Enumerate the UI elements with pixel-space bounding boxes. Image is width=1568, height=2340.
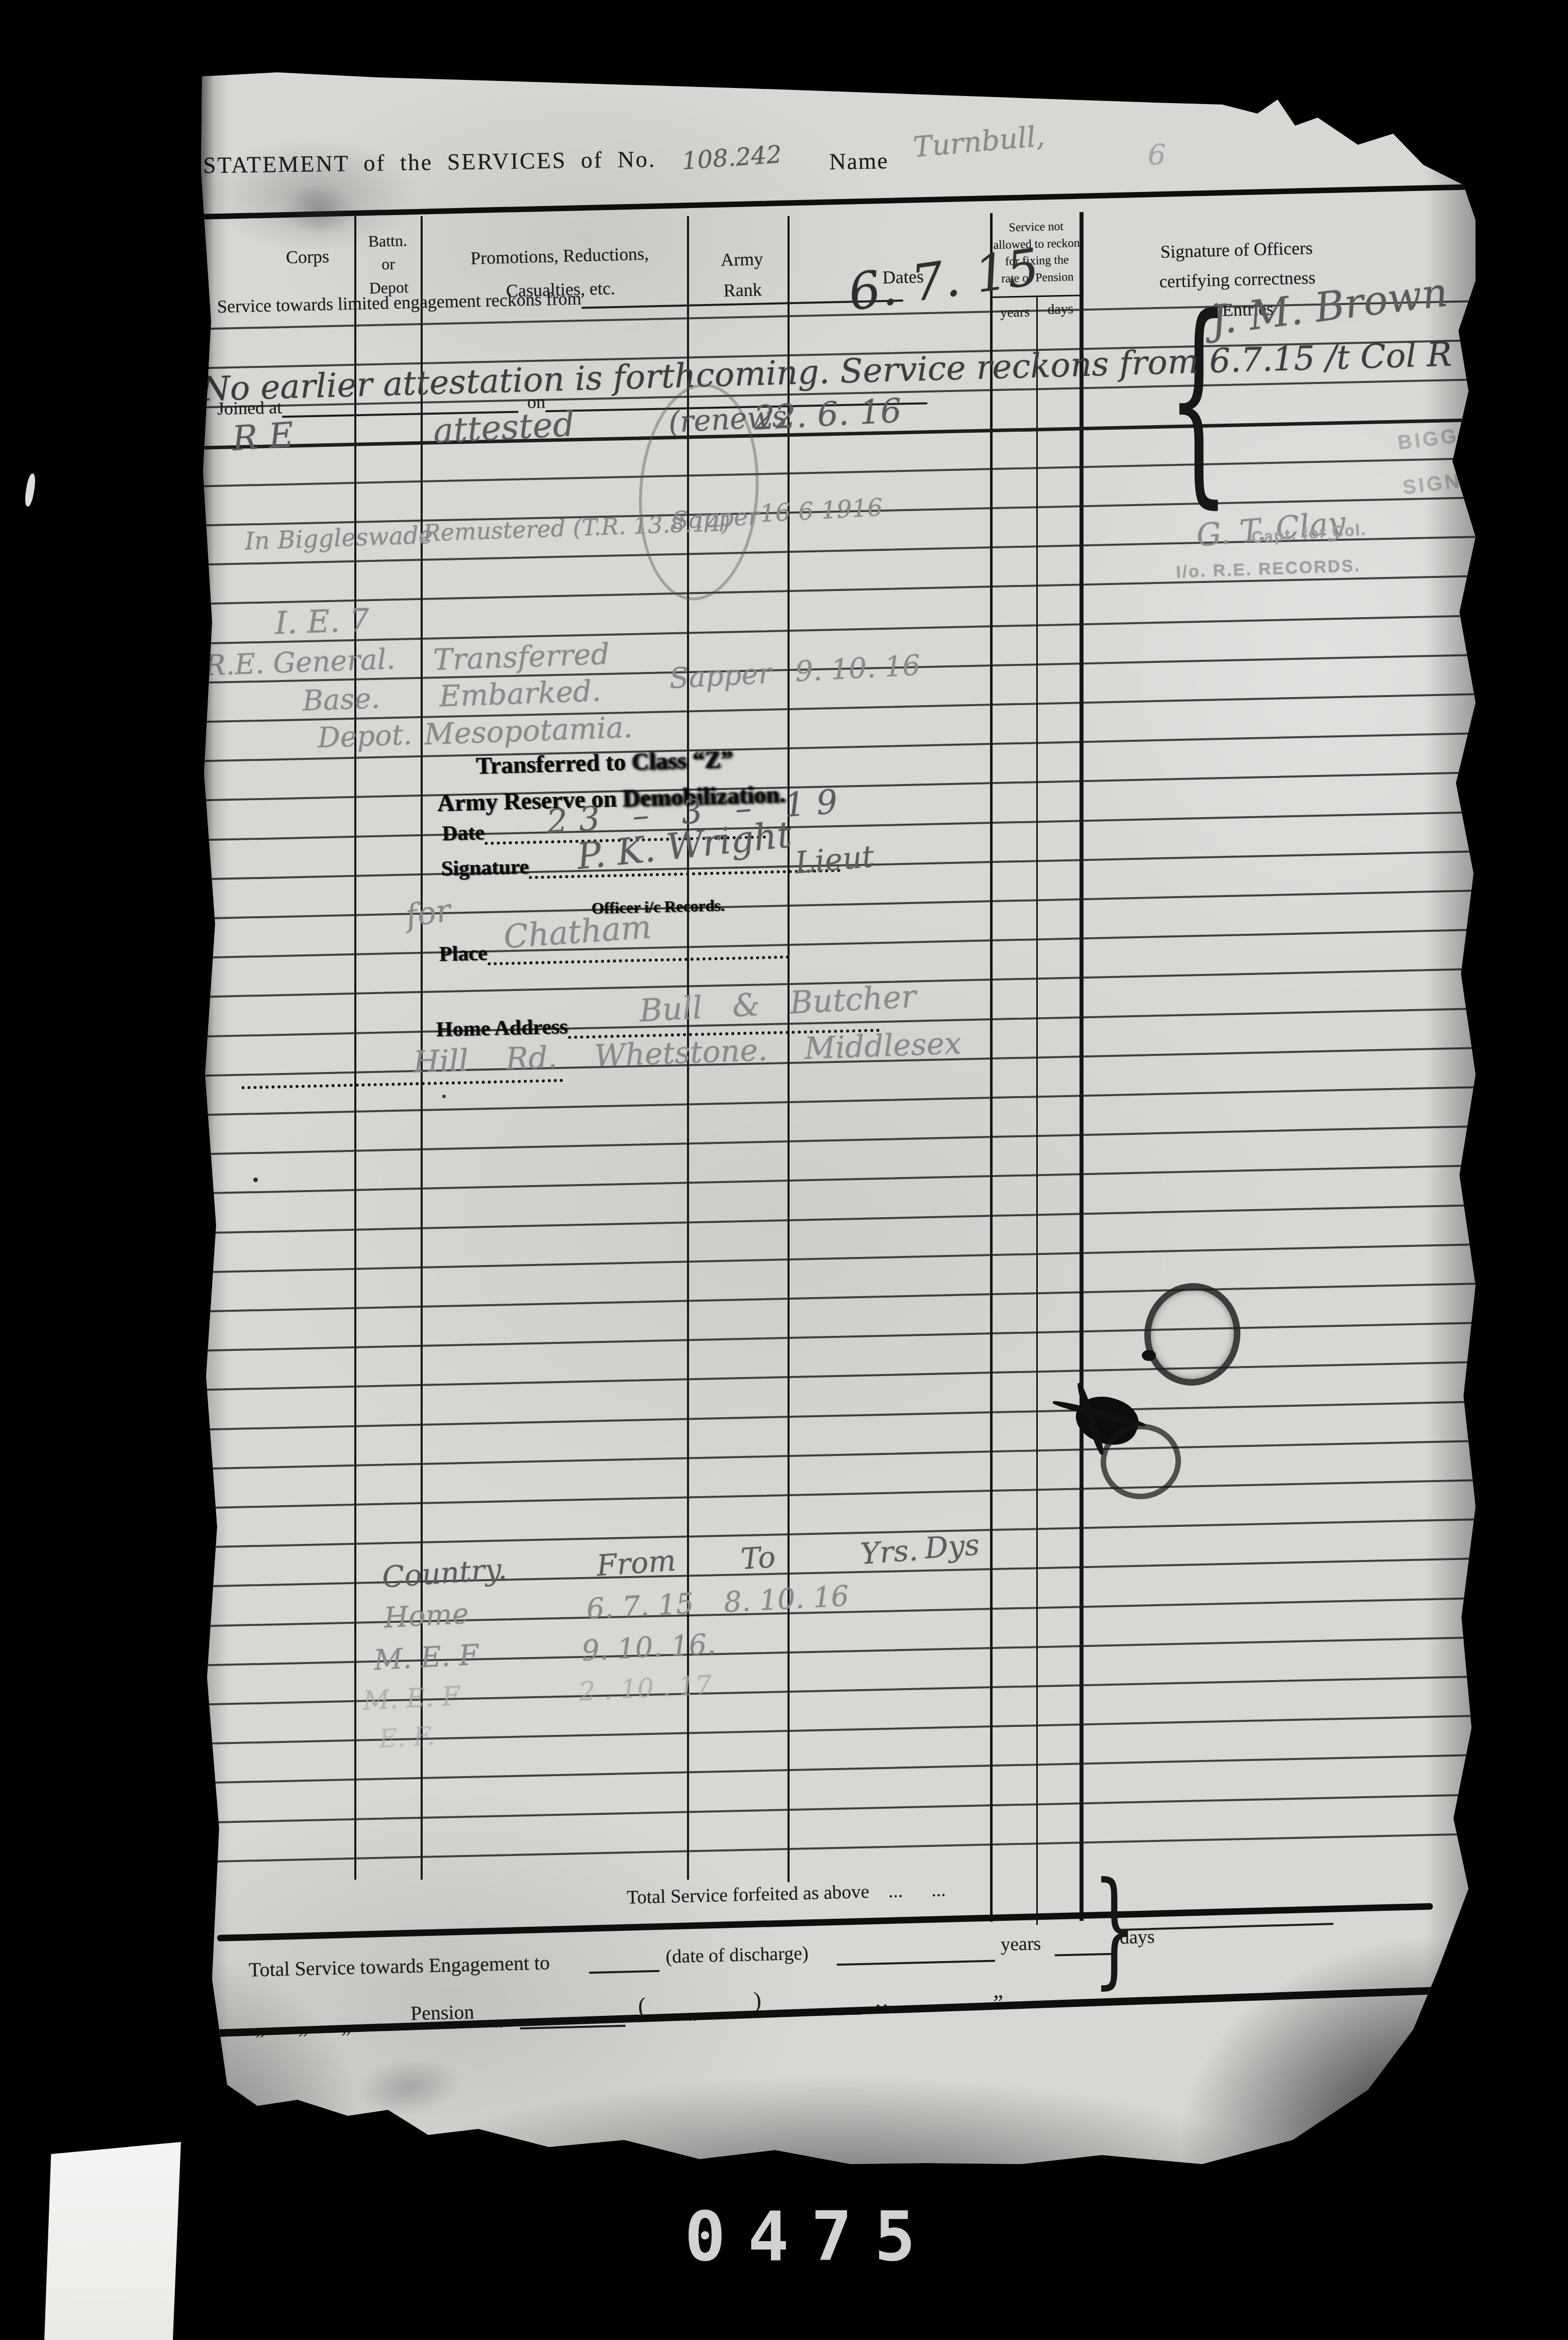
totals-line1-blank2 [837, 1958, 995, 1966]
ruled-line [189, 1164, 1478, 1195]
service-number-handwritten: 108.242 [681, 140, 782, 175]
transfer-battn1: Base. [302, 682, 380, 717]
ruled-line [189, 1794, 1478, 1824]
engagement-label: Service towards limited engagement recko… [217, 288, 582, 317]
ruled-line [189, 1401, 1478, 1431]
ink-ring-stain [1138, 1277, 1247, 1392]
page-title: STATEMENT of the SERVICES of No. [203, 146, 656, 179]
country-row-mef-from: 9. 10. 16. [580, 1628, 716, 1668]
white-card [44, 2142, 181, 2340]
totals-line2-paren-close: ) [753, 1987, 762, 2013]
title-smudge [272, 177, 368, 243]
country-row-home-to: 8. 10. 16 [723, 1580, 849, 1619]
totals-line1-blank1 [589, 1968, 659, 1974]
col-header-corps: Corps [257, 245, 358, 268]
ruled-line [189, 1440, 1478, 1470]
transfer-battn2: Depot. [317, 719, 413, 755]
ruled-line [189, 575, 1478, 605]
ruled-line [189, 1243, 1478, 1274]
home-address-label: Home Address [436, 1015, 568, 1042]
ruled-line [189, 1479, 1478, 1509]
country-row-mef2-from: 2 . 10 . 17 [578, 1670, 713, 1707]
transfer-line2: Embarked. [439, 673, 602, 713]
biggleswade-stamp: BIGGLESWADE [1397, 411, 1568, 455]
transfer-date: 9. 10. 16 [794, 649, 921, 689]
ruled-line [189, 929, 1478, 959]
ruled-line [189, 1833, 1478, 1863]
ruled-line [189, 890, 1478, 920]
demob-signature-label: Signature [441, 855, 529, 881]
demob-stamp-line1: Transferred to Class “Z” [475, 745, 733, 779]
corner-pencil-mark: 6 [1148, 139, 1166, 171]
attested-date: 22. 6. 16 [753, 391, 903, 437]
ruled-line [189, 457, 1478, 487]
left-edge-shadow [197, 69, 214, 1225]
remustered-date: 16 6 1916 [759, 494, 884, 528]
frame-counter-digits: 0475 [684, 2197, 938, 2277]
ruled-line [189, 1204, 1478, 1234]
demob-place-label: Place [439, 941, 487, 966]
transfer-line3: Mesopotamia. [424, 710, 633, 751]
ruled-line [189, 1754, 1478, 1784]
country-row-mef2: M. E. F [362, 1681, 461, 1716]
for-note-handwritten: for [403, 892, 453, 934]
ie7-entry: I. E. 7 [274, 602, 370, 642]
country-row-ef: E. F. [378, 1721, 436, 1753]
dys-header: Dys [924, 1527, 981, 1565]
totals-line1-label: Total Service towards Engagement to [248, 1951, 550, 1982]
years-label-bottom: years [1001, 1932, 1041, 1956]
column-line-corps [354, 216, 356, 1880]
paper-speck1 [253, 1178, 258, 1182]
discharge-label: (date of discharge) [665, 1942, 809, 1968]
ruled-line [189, 1518, 1478, 1548]
attested-corps: R E [231, 415, 295, 459]
record-sheet-paper: STATEMENT of the SERVICES of No. 108.242… [197, 69, 1476, 2168]
edge-speck [24, 473, 37, 507]
pencil-scrawl [333, 2040, 483, 2134]
forfeited-line: Total Service forfeited as above ... ... [627, 1879, 946, 1908]
ruled-line [189, 1322, 1478, 1352]
transfer-corps: R.E. General. [204, 643, 396, 682]
demob-signature-rank: Lieut [794, 839, 875, 881]
ruled-line [189, 1125, 1478, 1155]
attested-text: attested [432, 405, 575, 452]
country-row-mef: M. E. F [373, 1639, 479, 1677]
totals-brace: } [1093, 1875, 1136, 1982]
remustered-rank: Sapper [671, 502, 760, 535]
film-frame-counter: 0475 [684, 2197, 938, 2277]
scanned-service-record-page: { "title": { "statement": "STATEMENT of … [0, 0, 1568, 2340]
ruled-line [189, 615, 1478, 645]
to-header: To [740, 1540, 777, 1577]
from-header: From [596, 1543, 677, 1583]
demob-date-label: Date [442, 821, 484, 846]
country-row-home-from: 6. 7. 15 [585, 1587, 695, 1625]
signal-depot-stamp: SIGNAL DEPOT. [1402, 454, 1568, 500]
country-row-home: Home [383, 1598, 469, 1635]
totals-line2-ditto3: „ [993, 1977, 1003, 2003]
col-header-years: years [994, 304, 1037, 321]
ruled-line [189, 1283, 1478, 1313]
transfer-line1: Transferred [433, 637, 610, 677]
demob-stamp-line1-smudged: Class “Z” [631, 746, 733, 775]
column-line-yearsdays [1036, 297, 1038, 1925]
ruled-line [189, 1086, 1478, 1116]
home-address-line2-dots [241, 1057, 563, 1090]
ruled-line [189, 693, 1478, 723]
header-top-rule [200, 184, 1474, 220]
ink-dot [1142, 1350, 1156, 1361]
country-header: Country. [381, 1551, 508, 1594]
name-handwritten: Turnbull, [912, 120, 1046, 164]
yrs-header: Yrs. [859, 1533, 919, 1571]
transfer-rank: Sapper [668, 657, 772, 696]
column-line-pension [1080, 212, 1084, 1921]
name-label: Name [829, 147, 889, 175]
remustered-corps: In Biggleswade [244, 521, 433, 555]
demob-stamp-line1-prefix: Transferred to [475, 749, 632, 779]
ruled-line [189, 1361, 1478, 1391]
paper-speck2 [442, 1095, 446, 1098]
